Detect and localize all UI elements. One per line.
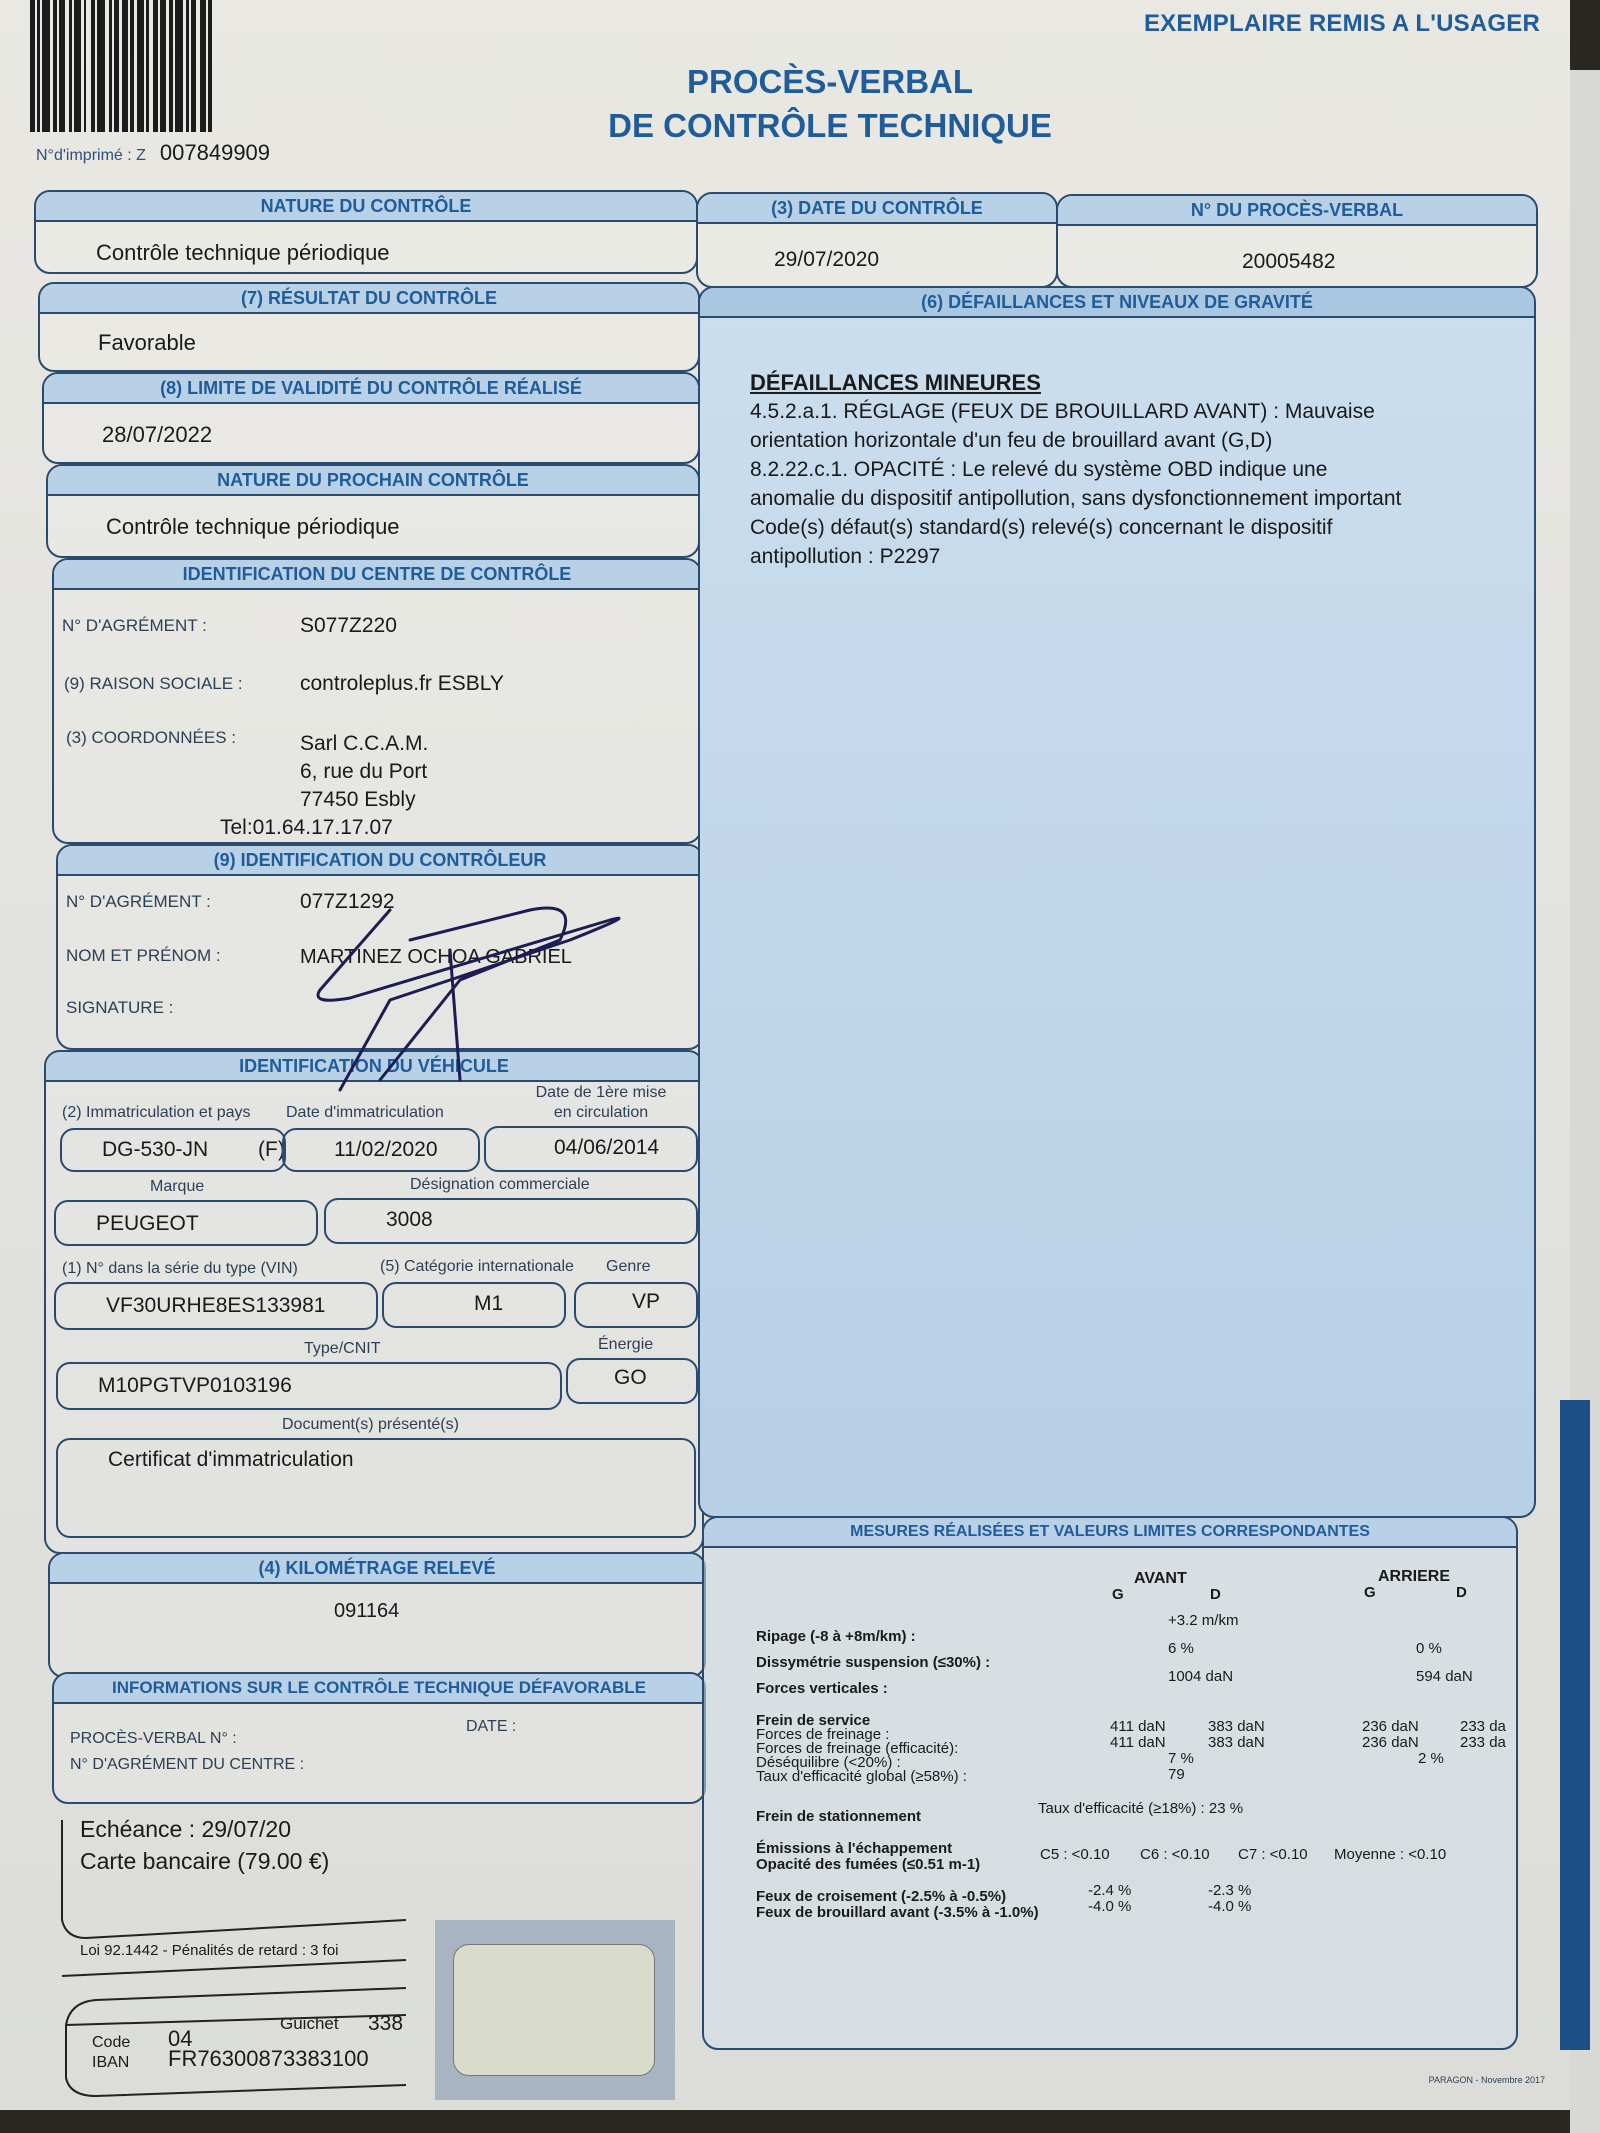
ffe-avant-d: 383 daN <box>1208 1734 1265 1751</box>
designation-value: 3008 <box>386 1208 433 1232</box>
cnit-label: Type/CNIT <box>304 1340 380 1358</box>
cnit-field: M10PGTVP0103196 <box>56 1362 562 1410</box>
cnit-value: M10PGTVP0103196 <box>98 1374 292 1398</box>
arriere-d: D <box>1456 1584 1467 1601</box>
defaillances-header: (6) DÉFAILLANCES ET NIVEAUX DE GRAVITÉ <box>700 288 1534 318</box>
envelope-window <box>435 1920 675 2100</box>
frein-stationnement-value: Taux d'efficacité (≥18%) : 23 % <box>1038 1800 1243 1817</box>
nature-controle-box: NATURE DU CONTRÔLE Contrôle technique pé… <box>34 190 698 274</box>
controleur-signature-label: SIGNATURE : <box>66 998 173 1018</box>
avant-g: G <box>1112 1586 1124 1603</box>
marque-value: PEUGEOT <box>96 1212 199 1236</box>
page-title: PROCÈS-VERBAL DE CONTRÔLE TECHNIQUE <box>560 60 1100 148</box>
defaillance-line: Code(s) défaut(s) standard(s) relevé(s) … <box>750 513 1470 542</box>
emissions-label: Émissions à l'échappement <box>756 1840 952 1857</box>
controleur-agrement-value: 077Z1292 <box>300 890 395 914</box>
taux-global-value: 79 <box>1168 1766 1185 1783</box>
defavorable-header: INFORMATIONS SUR LE CONTRÔLE TECHNIQUE D… <box>54 1674 704 1704</box>
controleur-agrement-label: N° D'AGRÉMENT : <box>66 892 211 912</box>
receipt-code-label: Code <box>92 2034 130 2052</box>
kilometrage-box: (4) KILOMÉTRAGE RELEVÉ 091164 <box>48 1552 706 1678</box>
feux-croisement-d: -2.3 % <box>1208 1882 1251 1899</box>
energie-label: Énergie <box>598 1336 653 1354</box>
dissym-label: Dissymétrie suspension (≤30%) : <box>756 1654 990 1671</box>
controleur-nom-label: NOM ET PRÉNOM : <box>66 946 221 966</box>
defavorable-agrement-label: N° D'AGRÉMENT DU CENTRE : <box>70 1756 304 1774</box>
dissym-arriere: 0 % <box>1416 1640 1442 1657</box>
centre-raison-value: controleplus.fr ESBLY <box>300 672 504 696</box>
forces-verticales-label: Forces verticales : <box>756 1680 888 1697</box>
ff-arriere-d: 233 da <box>1460 1718 1506 1735</box>
immat-label: (2) Immatriculation et pays <box>62 1104 251 1122</box>
receipt-paiement: Carte bancaire (79.00 €) <box>80 1848 329 1875</box>
forces-verticales-arriere: 594 daN <box>1416 1668 1473 1685</box>
taux-global-label: Taux d'efficacité global (≥58%) : <box>756 1768 967 1785</box>
frein-stationnement-label: Frein de stationnement <box>756 1808 921 1825</box>
documents-field: Certificat d'immatriculation <box>56 1438 696 1538</box>
receipt-iban-label: IBAN <box>92 2054 129 2072</box>
title-line-2: DE CONTRÔLE TECHNIQUE <box>560 104 1100 148</box>
ffe-arriere-g: 236 daN <box>1362 1734 1419 1751</box>
payment-receipt: Echéance : 29/07/20 Carte bancaire (79.0… <box>56 1810 406 2130</box>
feux-brouillard-label: Feux de brouillard avant (-3.5% à -1.0%) <box>756 1904 1039 1921</box>
arriere-header: ARRIERE <box>1378 1568 1450 1586</box>
categorie-label: (5) Catégorie internationale <box>380 1258 574 1276</box>
numero-pv-header: N° DU PROCÈS-VERBAL <box>1058 196 1536 226</box>
copy-label: EXEMPLAIRE REMIS A L'USAGER <box>1144 10 1540 38</box>
marque-label: Marque <box>150 1178 204 1196</box>
centre-coord-line2: 6, rue du Port <box>300 760 427 784</box>
defavorable-date-label: DATE : <box>466 1718 516 1736</box>
date-immat-label: Date d'immatriculation <box>286 1104 444 1122</box>
ff-avant-g: 411 daN <box>1110 1718 1166 1735</box>
vin-value: VF30URHE8ES133981 <box>106 1294 325 1318</box>
centre-raison-label: (9) RAISON SOCIALE : <box>64 674 243 694</box>
vin-field: VF30URHE8ES133981 <box>54 1282 378 1330</box>
arriere-g: G <box>1364 1584 1376 1601</box>
mesures-header: MESURES RÉALISÉES ET VALEURS LIMITES COR… <box>704 1518 1516 1548</box>
ripage-label: Ripage (-8 à +8m/km) : <box>756 1628 916 1645</box>
kilometrage-value: 091164 <box>334 1600 399 1623</box>
limite-validite-value: 28/07/2022 <box>102 422 212 448</box>
resultat-value: Favorable <box>98 330 196 356</box>
designation-field: 3008 <box>324 1198 698 1244</box>
feux-brouillard-g: -4.0 % <box>1088 1898 1131 1915</box>
receipt-echeance: Echéance : 29/07/20 <box>80 1816 291 1843</box>
forces-verticales-avant: 1004 daN <box>1168 1668 1233 1685</box>
defaillance-line: 8.2.22.c.1. OPACITÉ : Le relevé du systè… <box>750 455 1470 484</box>
desequilibre-arriere: 2 % <box>1418 1750 1444 1767</box>
receipt-guichet-value: 338 <box>368 2012 403 2036</box>
immat-field: DG-530-JN (F) <box>60 1128 286 1172</box>
nature-controle-header: NATURE DU CONTRÔLE <box>36 192 696 222</box>
imprime-label: N°d'imprimé : Z <box>36 147 146 164</box>
marque-field: PEUGEOT <box>54 1200 318 1246</box>
ffe-avant-g: 411 daN <box>1110 1734 1166 1751</box>
imprime-value: 007849909 <box>160 140 270 165</box>
date-controle-value: 29/07/2020 <box>774 248 879 272</box>
prochain-controle-header: NATURE DU PROCHAIN CONTRÔLE <box>48 466 698 496</box>
centre-coord-line1: Sarl C.C.A.M. <box>300 732 428 756</box>
centre-agrement-label: N° D'AGRÉMENT : <box>62 616 207 636</box>
date-immat-value: 11/02/2020 <box>334 1138 438 1162</box>
documents-value: Certificat d'immatriculation <box>108 1448 354 1472</box>
numero-pv-box: N° DU PROCÈS-VERBAL 20005482 <box>1056 194 1538 288</box>
date-immat-field: 11/02/2020 <box>282 1128 480 1172</box>
centre-coord-line3: 77450 Esbly <box>300 788 416 812</box>
feux-brouillard-d: -4.0 % <box>1208 1898 1251 1915</box>
vehicule-header: IDENTIFICATION DU VÉHICULE <box>46 1052 702 1082</box>
defaillances-category: DÉFAILLANCES MINEURES <box>750 368 1470 397</box>
resultat-box: (7) RÉSULTAT DU CONTRÔLE Favorable <box>38 282 700 372</box>
date-controle-header: (3) DATE DU CONTRÔLE <box>698 194 1056 224</box>
centre-tel: Tel:01.64.17.17.07 <box>220 816 393 840</box>
barcode <box>30 0 390 132</box>
ffe-arriere-d: 233 da <box>1460 1734 1506 1751</box>
feux-croisement-g: -2.4 % <box>1088 1882 1131 1899</box>
defavorable-pv-label: PROCÈS-VERBAL N° : <box>70 1730 237 1748</box>
energie-field: GO <box>566 1358 698 1404</box>
controleur-box: (9) IDENTIFICATION DU CONTRÔLEUR N° D'AG… <box>56 844 704 1050</box>
mise-circ-value: 04/06/2014 <box>554 1136 659 1160</box>
defaillances-list: DÉFAILLANCES MINEURES 4.5.2.a.1. RÉGLAGE… <box>750 368 1470 571</box>
date-controle-box: (3) DATE DU CONTRÔLE 29/07/2020 <box>696 192 1058 288</box>
receipt-guichet-label: Guichet <box>280 2014 339 2034</box>
printer-footer: PARAGON - Novembre 2017 <box>1429 2075 1545 2085</box>
imprime-number: N°d'imprimé : Z007849909 <box>36 140 270 166</box>
numero-pv-value: 20005482 <box>1242 250 1335 274</box>
receipt-loi: Loi 92.1442 - Pénalités de retard : 3 fo… <box>80 1942 339 1959</box>
genre-value: VP <box>632 1290 660 1314</box>
categorie-field: M1 <box>382 1282 566 1328</box>
pays-value: (F) <box>258 1138 285 1162</box>
defaillance-line: orientation horizontale d'un feu de brou… <box>750 426 1470 455</box>
documents-label: Document(s) présenté(s) <box>282 1416 459 1434</box>
opacite-moyenne: Moyenne : <0.10 <box>1334 1846 1446 1863</box>
dissym-avant: 6 % <box>1168 1640 1194 1657</box>
energie-value: GO <box>614 1366 647 1390</box>
limite-validite-box: (8) LIMITE DE VALIDITÉ DU CONTRÔLE RÉALI… <box>42 372 700 464</box>
receipt-iban-value: FR76300873383100 <box>168 2046 369 2072</box>
prochain-controle-value: Contrôle technique périodique <box>106 514 400 540</box>
genre-field: VP <box>574 1282 698 1328</box>
resultat-header: (7) RÉSULTAT DU CONTRÔLE <box>40 284 698 314</box>
background-folder <box>1560 1400 1590 2050</box>
avant-header: AVANT <box>1134 1570 1187 1588</box>
ripage-avant: +3.2 m/km <box>1168 1612 1238 1629</box>
centre-header: IDENTIFICATION DU CENTRE DE CONTRÔLE <box>54 560 700 590</box>
vehicule-box: IDENTIFICATION DU VÉHICULE (2) Immatricu… <box>44 1050 704 1554</box>
mise-circ-label-2: en circulation <box>516 1104 686 1122</box>
controleur-header: (9) IDENTIFICATION DU CONTRÔLEUR <box>58 846 702 876</box>
feux-croisement-label: Feux de croisement (-2.5% à -0.5%) <box>756 1888 1006 1905</box>
desequilibre-avant: 7 % <box>1168 1750 1194 1767</box>
designation-label: Désignation commerciale <box>410 1176 590 1194</box>
title-line-1: PROCÈS-VERBAL <box>560 60 1100 104</box>
kilometrage-header: (4) KILOMÉTRAGE RELEVÉ <box>50 1554 704 1584</box>
opacite-c7: C7 : <0.10 <box>1238 1846 1308 1863</box>
defaillance-line: 4.5.2.a.1. RÉGLAGE (FEUX DE BROUILLARD A… <box>750 397 1470 426</box>
categorie-value: M1 <box>474 1292 503 1316</box>
defaillances-box: (6) DÉFAILLANCES ET NIVEAUX DE GRAVITÉ D… <box>698 286 1536 1518</box>
defaillance-line: anomalie du dispositif antipollution, sa… <box>750 484 1470 513</box>
centre-box: IDENTIFICATION DU CENTRE DE CONTRÔLE N° … <box>52 558 702 844</box>
envelope-window-pane <box>453 1944 655 2076</box>
mesures-box: MESURES RÉALISÉES ET VALEURS LIMITES COR… <box>702 1516 1518 2050</box>
vin-label: (1) N° dans la série du type (VIN) <box>62 1260 298 1278</box>
ff-arriere-g: 236 daN <box>1362 1718 1419 1735</box>
genre-label: Genre <box>606 1258 650 1276</box>
opacite-label: Opacité des fumées (≤0.51 m-1) <box>756 1856 980 1873</box>
defavorable-box: INFORMATIONS SUR LE CONTRÔLE TECHNIQUE D… <box>52 1672 706 1804</box>
ff-avant-d: 383 daN <box>1208 1718 1265 1735</box>
controleur-nom-value: MARTINEZ OCHOA GABRIEL <box>300 946 572 969</box>
avant-d: D <box>1210 1586 1221 1603</box>
centre-coord-label: (3) COORDONNÉES : <box>66 728 236 748</box>
opacite-c5: C5 : <0.10 <box>1040 1846 1110 1863</box>
mise-circ-label-1: Date de 1ère mise <box>516 1084 686 1102</box>
nature-controle-value: Contrôle technique périodique <box>96 240 390 266</box>
centre-agrement-value: S077Z220 <box>300 614 397 638</box>
opacite-c6: C6 : <0.10 <box>1140 1846 1210 1863</box>
immat-value: DG-530-JN <box>102 1138 208 1162</box>
mise-circ-field: 04/06/2014 <box>484 1126 698 1172</box>
limite-validite-header: (8) LIMITE DE VALIDITÉ DU CONTRÔLE RÉALI… <box>44 374 698 404</box>
defaillance-line: antipollution : P2297 <box>750 542 1470 571</box>
prochain-controle-box: NATURE DU PROCHAIN CONTRÔLE Contrôle tec… <box>46 464 700 558</box>
